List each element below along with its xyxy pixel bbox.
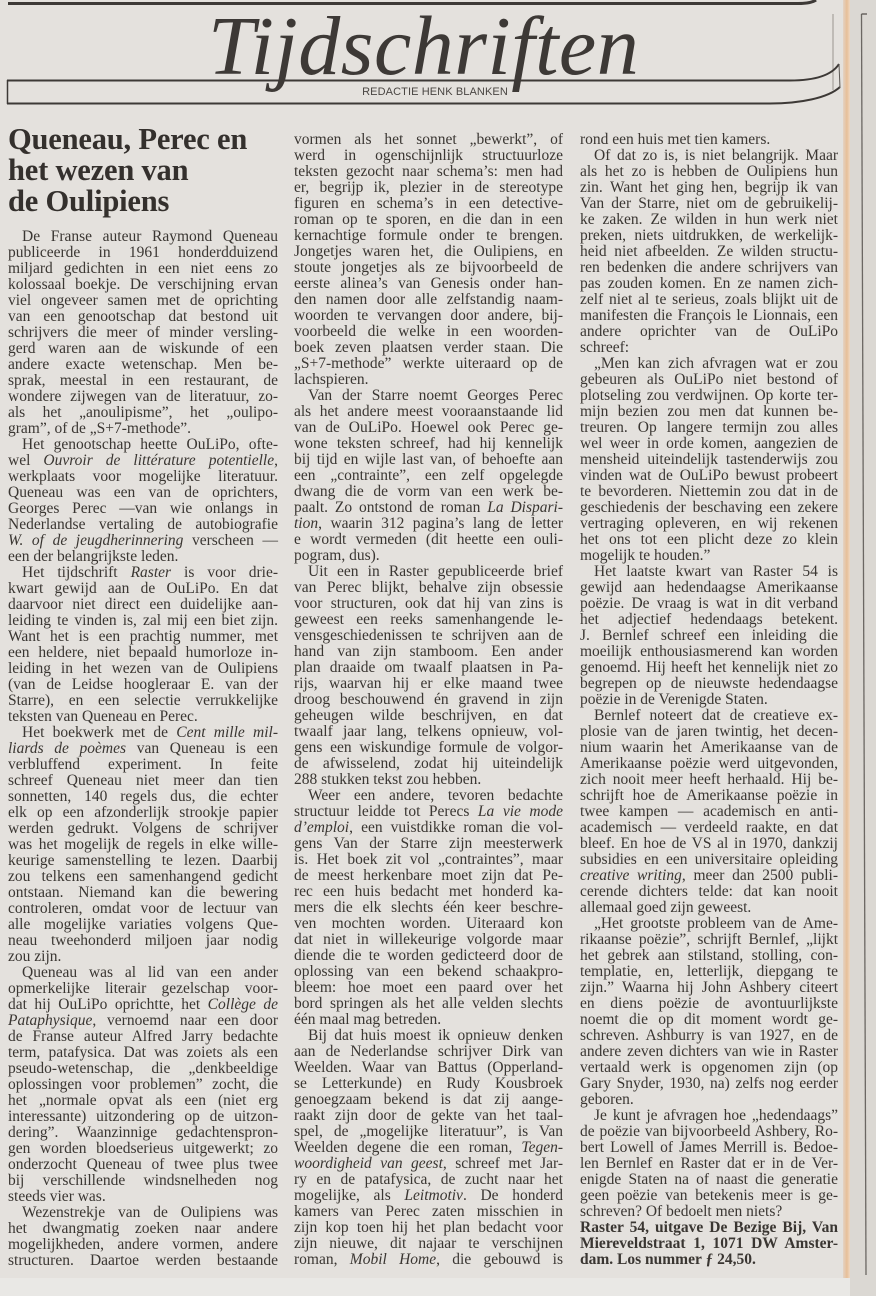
text-line: woordigheid van geest, schreef met Jar-	[294, 1156, 563, 1172]
text-line: Wezenstrekje van de Oulipiens was	[8, 1205, 278, 1221]
text-run: werd in ogenschijnlijk structuurloze	[294, 147, 563, 164]
adjacent-page-rule	[830, 0, 876, 1296]
text-line: kolossaal boekje. De verschijning ervan	[8, 277, 278, 293]
text-line: één maal mag betreden.	[294, 1012, 563, 1028]
text-line: J. Bernlef schreef een inleiding die	[580, 628, 838, 644]
text-line: len Bernlef en Raster dat er in de Ver-	[580, 1156, 838, 1172]
text-line: schreef:	[580, 340, 838, 356]
text-run: een heldere, niet bepaald humorloze in-	[8, 644, 278, 661]
text-run: len Bernlef en Raster dat er in de Ver-	[580, 1155, 838, 1172]
text-line: van een genootschap dat bestond uit	[8, 309, 278, 325]
text-run: Miereveldstraat 1, 1071 DW Amster-	[580, 1235, 838, 1252]
text-line: vinden wat de OuLiPo bewust probeert	[580, 468, 838, 484]
text-run: , die gebouwd is	[436, 1251, 563, 1268]
text-line: kamers van Perec zaten misschien in	[294, 1204, 563, 1220]
text-run: oplossing van een bekend schaakpro-	[294, 963, 563, 980]
italic-text: liards de poèmes	[8, 740, 126, 757]
text-run: andere exacte wetenschap. Men be-	[8, 356, 278, 373]
text-line: spel, de „mogelijke literatuur”, is Van	[294, 1124, 563, 1140]
text-run: schrijft hoe de Amerikaanse poëzie in	[580, 787, 838, 804]
text-run: dering”. Waanzinnige gedachtenspron-	[8, 1124, 278, 1141]
text-run: andere oprichter van de OuLiPo	[580, 323, 838, 340]
text-line: Want het is een prachtig nummer, met	[8, 629, 278, 645]
text-run: manifesten die François le Lionnais, een	[580, 307, 838, 324]
text-line: vormen als het sonnet „bewerkt”, of	[294, 132, 563, 148]
text-run: leiding te vinden is, zal mij een biet z…	[8, 612, 278, 629]
italic-text: Collège de	[208, 996, 278, 1013]
text-run: pseudo-wetenschap, die „denkbeeldige	[8, 1060, 278, 1077]
text-run: „Men kan zich afvragen wat er zou	[594, 355, 838, 372]
text-run: den namen door alle zelfstandig naam-	[294, 291, 563, 308]
text-line: templatie, en, letterlijk, diepgang te	[580, 964, 838, 980]
text-line: teksten gezocht naar schema’s: men had	[294, 164, 563, 180]
paragraph: Het genootschap heette OuLiPo, ofte-wel …	[8, 437, 278, 565]
text-run: als het „anoulipisme”, het „oulipo-	[8, 404, 278, 421]
text-run: geweest een reeks samenhangende le-	[294, 611, 563, 628]
text-line: d’emploi, een vuistdikke roman die vol-	[294, 820, 563, 836]
text-line: van Perec blijkt, behalve zijn obsessie	[294, 580, 563, 596]
text-line: genoemd. Hij heeft het kennelijk niet zo	[580, 660, 838, 676]
text-run: Gary Snyder, 1930, na) zelfs nog eerder	[580, 1075, 838, 1092]
text-run: Het laatste kwart van Raster 54 is	[594, 563, 838, 580]
text-line: structuren. Daartoe werden bestaande	[8, 1253, 278, 1269]
text-line: enigde Staten na of naast die generatie	[580, 1172, 838, 1188]
text-run: voorbeeld die welke in een woorden-	[294, 323, 563, 340]
text-run: enigde Staten na of naast die generatie	[580, 1171, 838, 1188]
paragraph: „Men kan zich afvragen wat er zougebeure…	[580, 356, 838, 564]
text-line: zou telkens een samenhangend gedicht	[8, 869, 278, 885]
text-run: publiceerde in 1961 honderdduizend	[8, 244, 278, 261]
text-line: Nederlandse vertaling de autobiografie	[8, 517, 278, 533]
text-run: Georges Perec —van wie onlangs in	[8, 500, 278, 517]
text-line: poëzie in de Verenigde Staten.	[580, 692, 838, 708]
text-run: stoute jongetjes als ze bijvoorbeeld de	[294, 259, 563, 276]
text-run: ,	[274, 452, 278, 469]
colophon: Raster 54, uitgave De Bezige Bij, VanMie…	[580, 1220, 838, 1268]
text-run: nium waarin het Amerikaanse van de	[580, 739, 838, 756]
text-run: Starre), en een selectie verrukkelijke	[8, 692, 278, 709]
text-line: bert Lowell of James Merrill is. Bedoe-	[580, 1140, 838, 1156]
text-run: schrijvers die meer of minder versling-	[8, 324, 278, 341]
italic-text: tion	[294, 515, 318, 532]
text-line: dering”. Waanzinnige gedachtenspron-	[8, 1125, 278, 1141]
text-run: een „contrainte”, een zelf opgelegde	[294, 467, 563, 484]
text-run: Queneau was een van de oprichters,	[8, 484, 278, 501]
text-line: pogram, dus).	[294, 548, 563, 564]
text-run: Uit een in Raster gepubliceerde brief	[308, 563, 563, 580]
text-line: dat hij OuLiPo oprichtte, het Collège de	[8, 997, 278, 1013]
text-line: Raster 54, uitgave De Bezige Bij, Van	[580, 1220, 838, 1236]
text-run: gewijd aan hedendaagse Amerikaanse	[580, 579, 838, 596]
text-line: zijn kop toen hij het plan bedacht voor	[294, 1220, 563, 1236]
text-run: is voor drie-	[171, 564, 278, 581]
text-line: plosie van de jaren twintig, het decen-	[580, 724, 838, 740]
text-line: pseudo-wetenschap, die „denkbeeldige	[8, 1061, 278, 1077]
text-line: mogelijk te houden.”	[580, 548, 838, 564]
text-line: term, patafysica. Dat was zoiets als een	[8, 1045, 278, 1061]
text-run: zijn kop toen hij het plan bedacht voor	[294, 1219, 563, 1236]
text-line: Jongetjes waren het, die Oulipiens, en	[294, 244, 563, 260]
text-line: geschiedenis der beschaving een zekere	[580, 500, 838, 516]
text-line: rijs, waarvan hij er elke maand twee	[294, 676, 563, 692]
text-run: mogelijk te houden.”	[580, 547, 710, 564]
italic-text: La vie mode	[478, 803, 563, 820]
paragraph: Bij dat huis moest ik opnieuw denkenaan …	[294, 1028, 563, 1268]
text-run: ke zaken. Ze wilden in hun werk niet	[580, 211, 838, 228]
text-line: creative writing, meer dan 2500 publi-	[580, 868, 838, 884]
text-run: droog beschouwend én gravend in zijn	[294, 691, 563, 708]
text-line: nium waarin het Amerikaanse van de	[580, 740, 838, 756]
text-line: was het mogelijk de regels in elke wille…	[8, 837, 278, 853]
text-line: Van der Starre, niet om de gebruikelij-	[580, 196, 838, 212]
text-run: Wezenstrekje van de Oulipiens was	[22, 1204, 278, 1221]
text-line: Het genootschap heette OuLiPo, ofte-	[8, 437, 278, 453]
text-line: (van de Leidse hoogleraar E. van der	[8, 677, 278, 693]
text-line: als het andere meest vooraanstaande lid	[294, 404, 563, 420]
text-run: het gebrek aan stilstand, stolling, con-	[580, 947, 838, 964]
text-run: kolossaal boekje. De verschijning ervan	[8, 276, 278, 293]
text-line: stoute jongetjes als ze bijvoorbeeld de	[294, 260, 563, 276]
paragraph: De Franse auteur Raymond Queneaupublicee…	[8, 229, 278, 437]
text-line: het ons tot een plicht deze zo klein	[580, 532, 838, 548]
text-line: schrijft hoe de Amerikaanse poëzie in	[580, 788, 838, 804]
text-run: zou zijn.	[8, 948, 61, 965]
text-line: Pataphysique, vernoemd naar een door	[8, 1013, 278, 1029]
text-line: sprak, meestal in een restaurant, de	[8, 373, 278, 389]
text-line: rikaanse poëzie”, schrijft Bernlef, „lij…	[580, 932, 838, 948]
text-run: gerd waren aan de wiskunde of een	[8, 340, 278, 357]
text-run: aan de Nederlandse schrijver Dirk van	[294, 1043, 563, 1060]
text-run: cerende dichters telde: dat kan nooit	[580, 883, 838, 900]
text-line: se Letterkunde) en Rudy Kousbroek	[294, 1076, 563, 1092]
text-line: schreven. Ashburry is van 1927, en de	[580, 1028, 838, 1044]
text-run: daarvoor niet direct een duidelijke aan-	[8, 596, 278, 613]
text-line: roman op te sporen, en die dan in een	[294, 212, 563, 228]
text-line: Queneau was al lid van een ander	[8, 965, 278, 981]
text-run: Queneau was al lid van een ander	[22, 964, 278, 981]
text-run: paalt. Zo ontstond de roman	[294, 499, 487, 516]
text-run: bij tijd en wijle last van, of behoefte …	[294, 451, 563, 468]
text-run: van Perec blijkt, behalve zijn obsessie	[294, 579, 563, 596]
text-run: wondere zijwegen van de literatuur, zo-	[8, 388, 278, 405]
text-run: een der belangrijkste leden.	[8, 548, 178, 565]
text-line: gram”, of de „S+7-methode”.	[8, 421, 278, 437]
text-line: gens een wiskundige formule de volgor-	[294, 740, 563, 756]
text-run: bleem: hoe moet een paard over het	[294, 979, 563, 996]
text-run: teksten van Queneau en Perec.	[8, 708, 198, 725]
text-run: J. Bernlef schreef een inleiding die	[580, 627, 838, 644]
text-line: begrepen op de nieuwste hedendaagse	[580, 676, 838, 692]
text-run: structuren. Daartoe werden bestaande	[8, 1252, 278, 1269]
text-line: De Franse auteur Raymond Queneau	[8, 229, 278, 245]
text-line: allemaal goed zijn geweest.	[580, 900, 838, 916]
text-line: onderzocht Queneau of twee plus twee	[8, 1157, 278, 1173]
text-run: onderzocht Queneau of twee plus twee	[8, 1156, 278, 1173]
text-run: van Queneau is een	[126, 740, 278, 757]
italic-text: Ouvroir de littérature potentielle	[43, 452, 274, 469]
editor-byline: REDACTIE HENK BLANKEN	[300, 85, 570, 99]
text-run: academisch — verdeeld raakte, en dat	[580, 819, 838, 836]
text-run: verbluffend experiment. In feite	[8, 756, 278, 773]
text-line: den namen door alle zelfstandig naam-	[294, 292, 563, 308]
paragraph: Van der Starre noemt Georges Perecals he…	[294, 388, 563, 564]
text-run: poëzie. De vraag is wat in dit verband	[580, 595, 838, 612]
text-line: e wordt vermeden (dit heette een ouli-	[294, 532, 563, 548]
text-line: bij tijd en wijle last van, of behoefte …	[294, 452, 563, 468]
text-run: Of dat zo is, is niet belangrijk. Maar	[594, 147, 838, 164]
text-line: Amerikaanse poëzie werd uitgevonden,	[580, 756, 838, 772]
text-line: de poëzie van bijvoorbeeld Ashbery, Ro-	[580, 1124, 838, 1140]
text-line: rec een huis bedacht met honderd ka-	[294, 884, 563, 900]
text-run: structuur leidde tot Perecs	[294, 803, 478, 820]
text-line: is. Het boek zit vol „contraintes”, maar	[294, 852, 563, 868]
text-run: zich nooit meer heeft herhaald. Hij be-	[580, 771, 838, 788]
text-run: gen worden bloedserieus uitgewerkt; zo	[8, 1140, 278, 1157]
text-run: woorden te vervangen door andere, bij-	[294, 307, 563, 324]
text-run: term, patafysica. Dat was zoiets als een	[8, 1044, 278, 1061]
text-line: Weer een andere, tevoren bedachte	[294, 788, 563, 804]
italic-text: W. of de jeugdherinnering	[8, 532, 183, 549]
text-run: leiding in het wezen van de Oulipiens	[8, 660, 278, 677]
italic-text: creative writing	[580, 867, 682, 884]
text-run: vensgeschiedenissen te schrijven aan de	[294, 627, 563, 644]
text-line: controleren, omdat voor de lectuur van	[8, 901, 278, 917]
text-line: pas zouden komen. En ze namen zich-	[580, 276, 838, 292]
italic-text: Mobil Home	[350, 1251, 436, 1268]
text-run: geheugen wilde beschrijven, en dat	[294, 707, 563, 724]
text-run: bord springen als het alle velden slecht…	[294, 995, 563, 1012]
text-run: genoemd. Hij heeft het kennelijk niet zo	[580, 659, 838, 676]
text-line: geweest een reeks samenhangende le-	[294, 612, 563, 628]
text-line: „S+7-methode” werkte uiteraard op de	[294, 356, 563, 372]
text-run: vormen als het sonnet „bewerkt”, of	[294, 131, 563, 148]
text-run: geschiedenis der beschaving een zekere	[580, 499, 838, 516]
text-run: zelf niet al te serieus, zoals blijkt ui…	[580, 291, 838, 308]
text-run: se Letterkunde) en Rudy Kousbroek	[294, 1075, 563, 1092]
text-run: controleren, omdat voor de lectuur van	[8, 900, 278, 917]
text-run: Het tijdschrift	[22, 564, 131, 581]
text-run: dam. Los nummer ƒ 24,50.	[580, 1251, 756, 1268]
text-run: dat hij OuLiPo oprichtte, het	[8, 996, 208, 1013]
text-line: vertaald werk is opgenomen zijn (op	[580, 1060, 838, 1076]
text-run: van de OuLiPo. Hoewel ook Perec ge-	[294, 419, 563, 436]
paragraph: Weer een andere, tevoren bedachtestructu…	[294, 788, 563, 1028]
text-line: Of dat zo is, is niet belangrijk. Maar	[580, 148, 838, 164]
headline-line: het wezen van	[8, 155, 283, 186]
text-line: een der belangrijkste leden.	[8, 549, 278, 565]
text-run: interessante) uitzondering op de uitzon-	[8, 1108, 278, 1125]
text-run: gram”, of de „S+7-methode”.	[8, 420, 191, 437]
text-run: wone teksten schreef, had hij kennelijk	[294, 435, 563, 452]
text-line: cerende dichters telde: dat kan nooit	[580, 884, 838, 900]
text-line: dwang die de vorm van een werk be-	[294, 484, 563, 500]
italic-text: Tegen-	[521, 1139, 563, 1156]
text-run: diende die te worden gedicteerd door de	[294, 947, 563, 964]
text-run: Weelden. Waar van Battus (Opperland-	[294, 1059, 563, 1076]
text-run: eerste alinea’s van Genesis onder han-	[294, 275, 563, 292]
paragraph: Het boekwerk met de Cent mille mil-liard…	[8, 725, 278, 965]
text-line: paalt. Zo ontstond de roman La Dispari-	[294, 500, 563, 516]
text-run: ontstaan. Niemand kan die bewering	[8, 884, 278, 901]
text-run: elk op een afzonderlijk strookje papier	[8, 804, 278, 821]
text-line: steeds vier was.	[8, 1189, 278, 1205]
text-line: eerste alinea’s van Genesis onder han-	[294, 276, 563, 292]
text-line: Bij dat huis moest ik opnieuw denken	[294, 1028, 563, 1044]
text-run: dwang die de vorm van een werk be-	[294, 483, 563, 500]
italic-text: Pataphysique	[8, 1012, 92, 1029]
text-line: alle mogelijke variaties volgens Que-	[8, 917, 278, 933]
text-line: schrijvers die meer of minder versling-	[8, 325, 278, 341]
text-run: spel, de „mogelijke literatuur”, is Van	[294, 1123, 563, 1140]
text-run: subsidies en een universitaire opleiding	[580, 851, 838, 868]
text-line: ry en de patafysica, de zucht naar het	[294, 1172, 563, 1188]
text-run: Het genootschap heette OuLiPo, ofte-	[22, 436, 278, 453]
text-line: de Franse auteur Alfred Jarry bedachte	[8, 1029, 278, 1045]
text-line: kwart gewijd aan de OuLiPo. En dat	[8, 581, 278, 597]
text-run: pas zouden komen. En ze namen zich-	[580, 275, 838, 292]
text-run: treuren. Op langere termijn zou alles	[580, 419, 838, 436]
text-line: Georges Perec —van wie onlangs in	[8, 501, 278, 517]
text-line: er, begrijp ik, plezier in de stereotype	[294, 180, 563, 196]
text-run: Weelden degene die een roman,	[294, 1139, 521, 1156]
text-run: (van de Leidse hoogleraar E. van der	[8, 676, 278, 693]
article-column-1: De Franse auteur Raymond Queneaupublicee…	[8, 229, 278, 1269]
text-line: bij verschillende windsnelheden nog	[8, 1173, 278, 1189]
text-run: is. Het boek zit vol „contraintes”, maar	[294, 851, 563, 868]
text-line: woorden te vervangen door andere, bij-	[294, 308, 563, 324]
text-line: Starre), en een selectie verrukkelijke	[8, 693, 278, 709]
text-line: manifesten die François le Lionnais, een	[580, 308, 838, 324]
text-line: wel weer in orde komen, aangezien de	[580, 436, 838, 452]
paragraph: Queneau was al lid van een anderopmerkel…	[8, 965, 278, 1205]
text-run: zijn nieuwe, dit najaar te verschijnen	[294, 1235, 563, 1252]
text-run: , meer dan 2500 publi-	[682, 867, 838, 884]
text-run: kamers van Perec zaten misschien in	[294, 1203, 563, 1220]
text-run: de afwisselend, zodat hij uiteindelijk	[294, 755, 563, 772]
text-run: raakt zijn door de gekte van het taal-	[294, 1107, 563, 1124]
text-run: ry en de patafysica, de zucht naar het	[294, 1171, 563, 1188]
text-run: één maal mag betreden.	[294, 1011, 441, 1028]
text-run: e wordt vermeden (dit heette een ouli-	[294, 531, 563, 548]
text-line: ven mochten worden. Uiteraard kon	[294, 916, 563, 932]
text-run: Bij dat huis moest ik opnieuw denken	[308, 1027, 563, 1044]
text-run: Nederlandse vertaling de autobiografie	[8, 516, 278, 533]
text-run: dat niet in willekeurige volgorde maar	[294, 931, 563, 948]
text-run: rijs, waarvan hij er elke maand twee	[294, 675, 563, 692]
text-line: zelf niet al te serieus, zoals blijkt ui…	[580, 292, 838, 308]
text-run: alle mogelijke variaties volgens Que-	[8, 916, 278, 933]
text-run: teksten gezocht naar schema’s: men had	[294, 163, 563, 180]
text-line: twee kampen — academisch en anti-	[580, 804, 838, 820]
text-line: gens Van der Starre zijn meesterwerk	[294, 836, 563, 852]
text-line: interessante) uitzondering op de uitzon-	[8, 1109, 278, 1125]
text-run: wel weer in orde komen, aangezien de	[580, 435, 838, 452]
text-run: vertraging opleveren, en wij rekenen	[580, 515, 838, 532]
italic-text: Raster	[131, 564, 171, 581]
text-line: Uit een in Raster gepubliceerde brief	[294, 564, 563, 580]
text-line: vertraging opleveren, en wij rekenen	[580, 516, 838, 532]
text-line: academisch — verdeeld raakte, en dat	[580, 820, 838, 836]
paragraph: rond een huis met tien kamers.	[580, 132, 838, 148]
text-run: zin. Want het ging hen, begrijp ik van	[580, 179, 838, 196]
text-line: miljard gedichten in een niet eens zo	[8, 261, 278, 277]
text-run: de meest herkenbare moet zijn dat Pe-	[294, 867, 563, 884]
text-run: Jongetjes waren het, die Oulipiens, en	[294, 243, 563, 260]
text-run: mensheid uiteindelijk tastenderwijs zou	[580, 451, 838, 468]
text-run: plan draaide om twaalf plaatsen in Pa-	[294, 659, 563, 676]
text-run: er, begrijp ik, plezier in de stereotype	[294, 179, 563, 196]
text-run: figuren en schema’s in een detective-	[294, 195, 563, 212]
text-line: viel ongeveer samen met de oprichting	[8, 293, 278, 309]
text-line: zin. Want het ging hen, begrijp ik van	[580, 180, 838, 196]
text-run: werkplaats voor mogelijke literatuur.	[8, 468, 278, 485]
text-line: wondere zijwegen van de literatuur, zo-	[8, 389, 278, 405]
text-line: ke zaken. Ze wilden in hun werk niet	[580, 212, 838, 228]
text-run: miljard gedichten in een niet eens zo	[8, 260, 278, 277]
text-run: viel ongeveer samen met de oprichting	[8, 292, 278, 309]
text-line: moeilijk enthousiasmerend kan worden	[580, 644, 838, 660]
text-line: ren bedenken die andere schrijvers van	[580, 260, 838, 276]
italic-text: Leitmotiv	[404, 1187, 463, 1204]
text-line: mijn bezien zou men dat kunnen be-	[580, 404, 838, 420]
text-run: gebeuren als OuLiPo niet bestond of	[580, 371, 838, 388]
text-run: Je kunt je afvragen hoe „hedendaags”	[594, 1107, 838, 1124]
text-run: zijn.” Waarna hij John Ashbery citeert	[580, 979, 838, 996]
text-line: gerd waren aan de wiskunde of een	[8, 341, 278, 357]
text-run: plotseling zou verdwijnen. Op korte ter-	[580, 387, 838, 404]
text-line: als het zo is hebben de Oulipiens hun	[580, 164, 838, 180]
text-line: roman, Mobil Home, die gebouwd is	[294, 1252, 563, 1268]
text-run: andere zeven dichters van wie in Raster	[580, 1043, 838, 1060]
text-line: voorbeeld die welke in een woorden-	[294, 324, 563, 340]
paragraph: vormen als het sonnet „bewerkt”, ofwerd …	[294, 132, 563, 388]
text-line: van de OuLiPo. Hoewel ook Perec ge-	[294, 420, 563, 436]
text-run: ven mochten worden. Uiteraard kon	[294, 915, 563, 932]
text-run: hand van zijn stamboom. Een ander	[294, 643, 563, 660]
text-line: een „contrainte”, een zelf opgelegde	[294, 468, 563, 484]
text-line: raakt zijn door de gekte van het taal-	[294, 1108, 563, 1124]
page-bottom-margin	[0, 1278, 850, 1296]
text-line: structuur leidde tot Perecs La vie mode	[294, 804, 563, 820]
text-run: heid niet afbeelden. Ze wilden structu-	[580, 243, 838, 260]
text-run: gens een wiskundige formule de volgor-	[294, 739, 563, 756]
text-run: plosie van de jaren twintig, het decen-	[580, 723, 838, 740]
text-line: gewijd aan hedendaagse Amerikaanse	[580, 580, 838, 596]
text-line: preken, niets uitdrukken, de werkelijk-	[580, 228, 838, 244]
italic-text: La Dispari-	[487, 499, 563, 516]
text-run: was het mogelijk de regels in elke wille…	[8, 836, 278, 853]
paragraph: „Het grootste probleem van de Ame-rikaan…	[580, 916, 838, 1108]
text-line: diende die te worden gedicteerd door de	[294, 948, 563, 964]
text-line: zijn nieuwe, dit najaar te verschijnen	[294, 1236, 563, 1252]
text-line: vensgeschiedenissen te schrijven aan de	[294, 628, 563, 644]
text-line: mogelijkheden, andere vormen, andere	[8, 1237, 278, 1253]
paragraph: Bernlef noteert dat de creatieve ex-plos…	[580, 708, 838, 916]
text-run: als het andere meest vooraanstaande lid	[294, 403, 563, 420]
text-line: hand van zijn stamboom. Een ander	[294, 644, 563, 660]
text-run: wel	[8, 452, 43, 469]
text-run: . De honderd	[463, 1187, 563, 1204]
text-line: mers die elk slechts één keer beschre-	[294, 900, 563, 916]
text-line: figuren en schema’s in een detective-	[294, 196, 563, 212]
text-line: daarvoor niet direct een duidelijke aan-	[8, 597, 278, 613]
text-run: de Franse auteur Alfred Jarry bedachte	[8, 1028, 278, 1045]
text-line: Het tijdschrift Raster is voor drie-	[8, 565, 278, 581]
text-line: bord springen als het alle velden slecht…	[294, 996, 563, 1012]
text-line: een heldere, niet bepaald humorloze in-	[8, 645, 278, 661]
text-line: voor structuren, ook dat hij van zins is	[294, 596, 563, 612]
text-line: werden gedrukt. Volgens de schrijver	[8, 821, 278, 837]
